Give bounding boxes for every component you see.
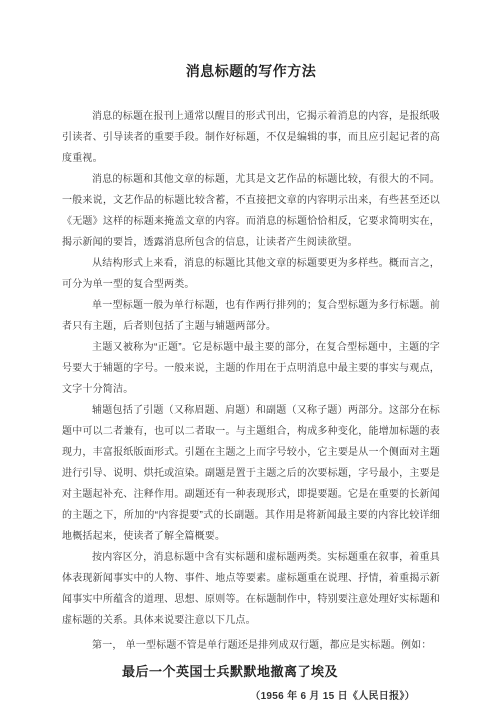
body-paragraph-2: 消息的标题和其他文章的标题，尤其是文艺作品的标题比较，有很大的不同。一般来说，文…: [62, 169, 440, 253]
page-title: 消息标题的写作方法: [62, 62, 440, 81]
body-paragraph-1: 消息的标题在报刊上通常以醒目的形式刊出，它揭示着消息的内容，是报纸吸引读者、引导…: [62, 106, 440, 169]
document-page: 消息标题的写作方法 消息的标题在报刊上通常以醒目的形式刊出，它揭示着消息的内容，…: [0, 0, 500, 708]
body-paragraph-8-first-point: 第一， 单一型标题不管是单行题还是排列成双行题，都应是实标题。例如：: [62, 635, 440, 656]
example-source-attribution: （1956 年 6 月 15 日《人民日报》）: [62, 686, 440, 707]
body-paragraph-4: 单一型标题一般为单行标题，也有作两行排列的；复合型标题为多行标题。前者只有主题，…: [62, 295, 440, 337]
body-paragraph-3: 从结构形式上来看，消息的标题比其他文章的标题要更为多样些。概而言之，可分为单一型…: [62, 253, 440, 295]
body-paragraph-7: 按内容区分，消息标题中含有实标题和虚标题两类。实标题重在叙事，着重具体表现新闻事…: [62, 547, 440, 631]
body-paragraph-6: 辅题包括了引题（又称眉题、肩题）和副题（又称子题）两部分。这部分在标题中可以二者…: [62, 400, 440, 547]
document-content: 消息标题的写作方法 消息的标题在报刊上通常以醒目的形式刊出，它揭示着消息的内容，…: [0, 0, 500, 707]
example-news-headline: 最后一个英国士兵默默地撤离了埃及: [62, 660, 440, 684]
body-paragraph-5: 主题又被称为“正题”。它是标题中最主要的部分，在复合型标题中，主题的字号要大于辅…: [62, 337, 440, 400]
